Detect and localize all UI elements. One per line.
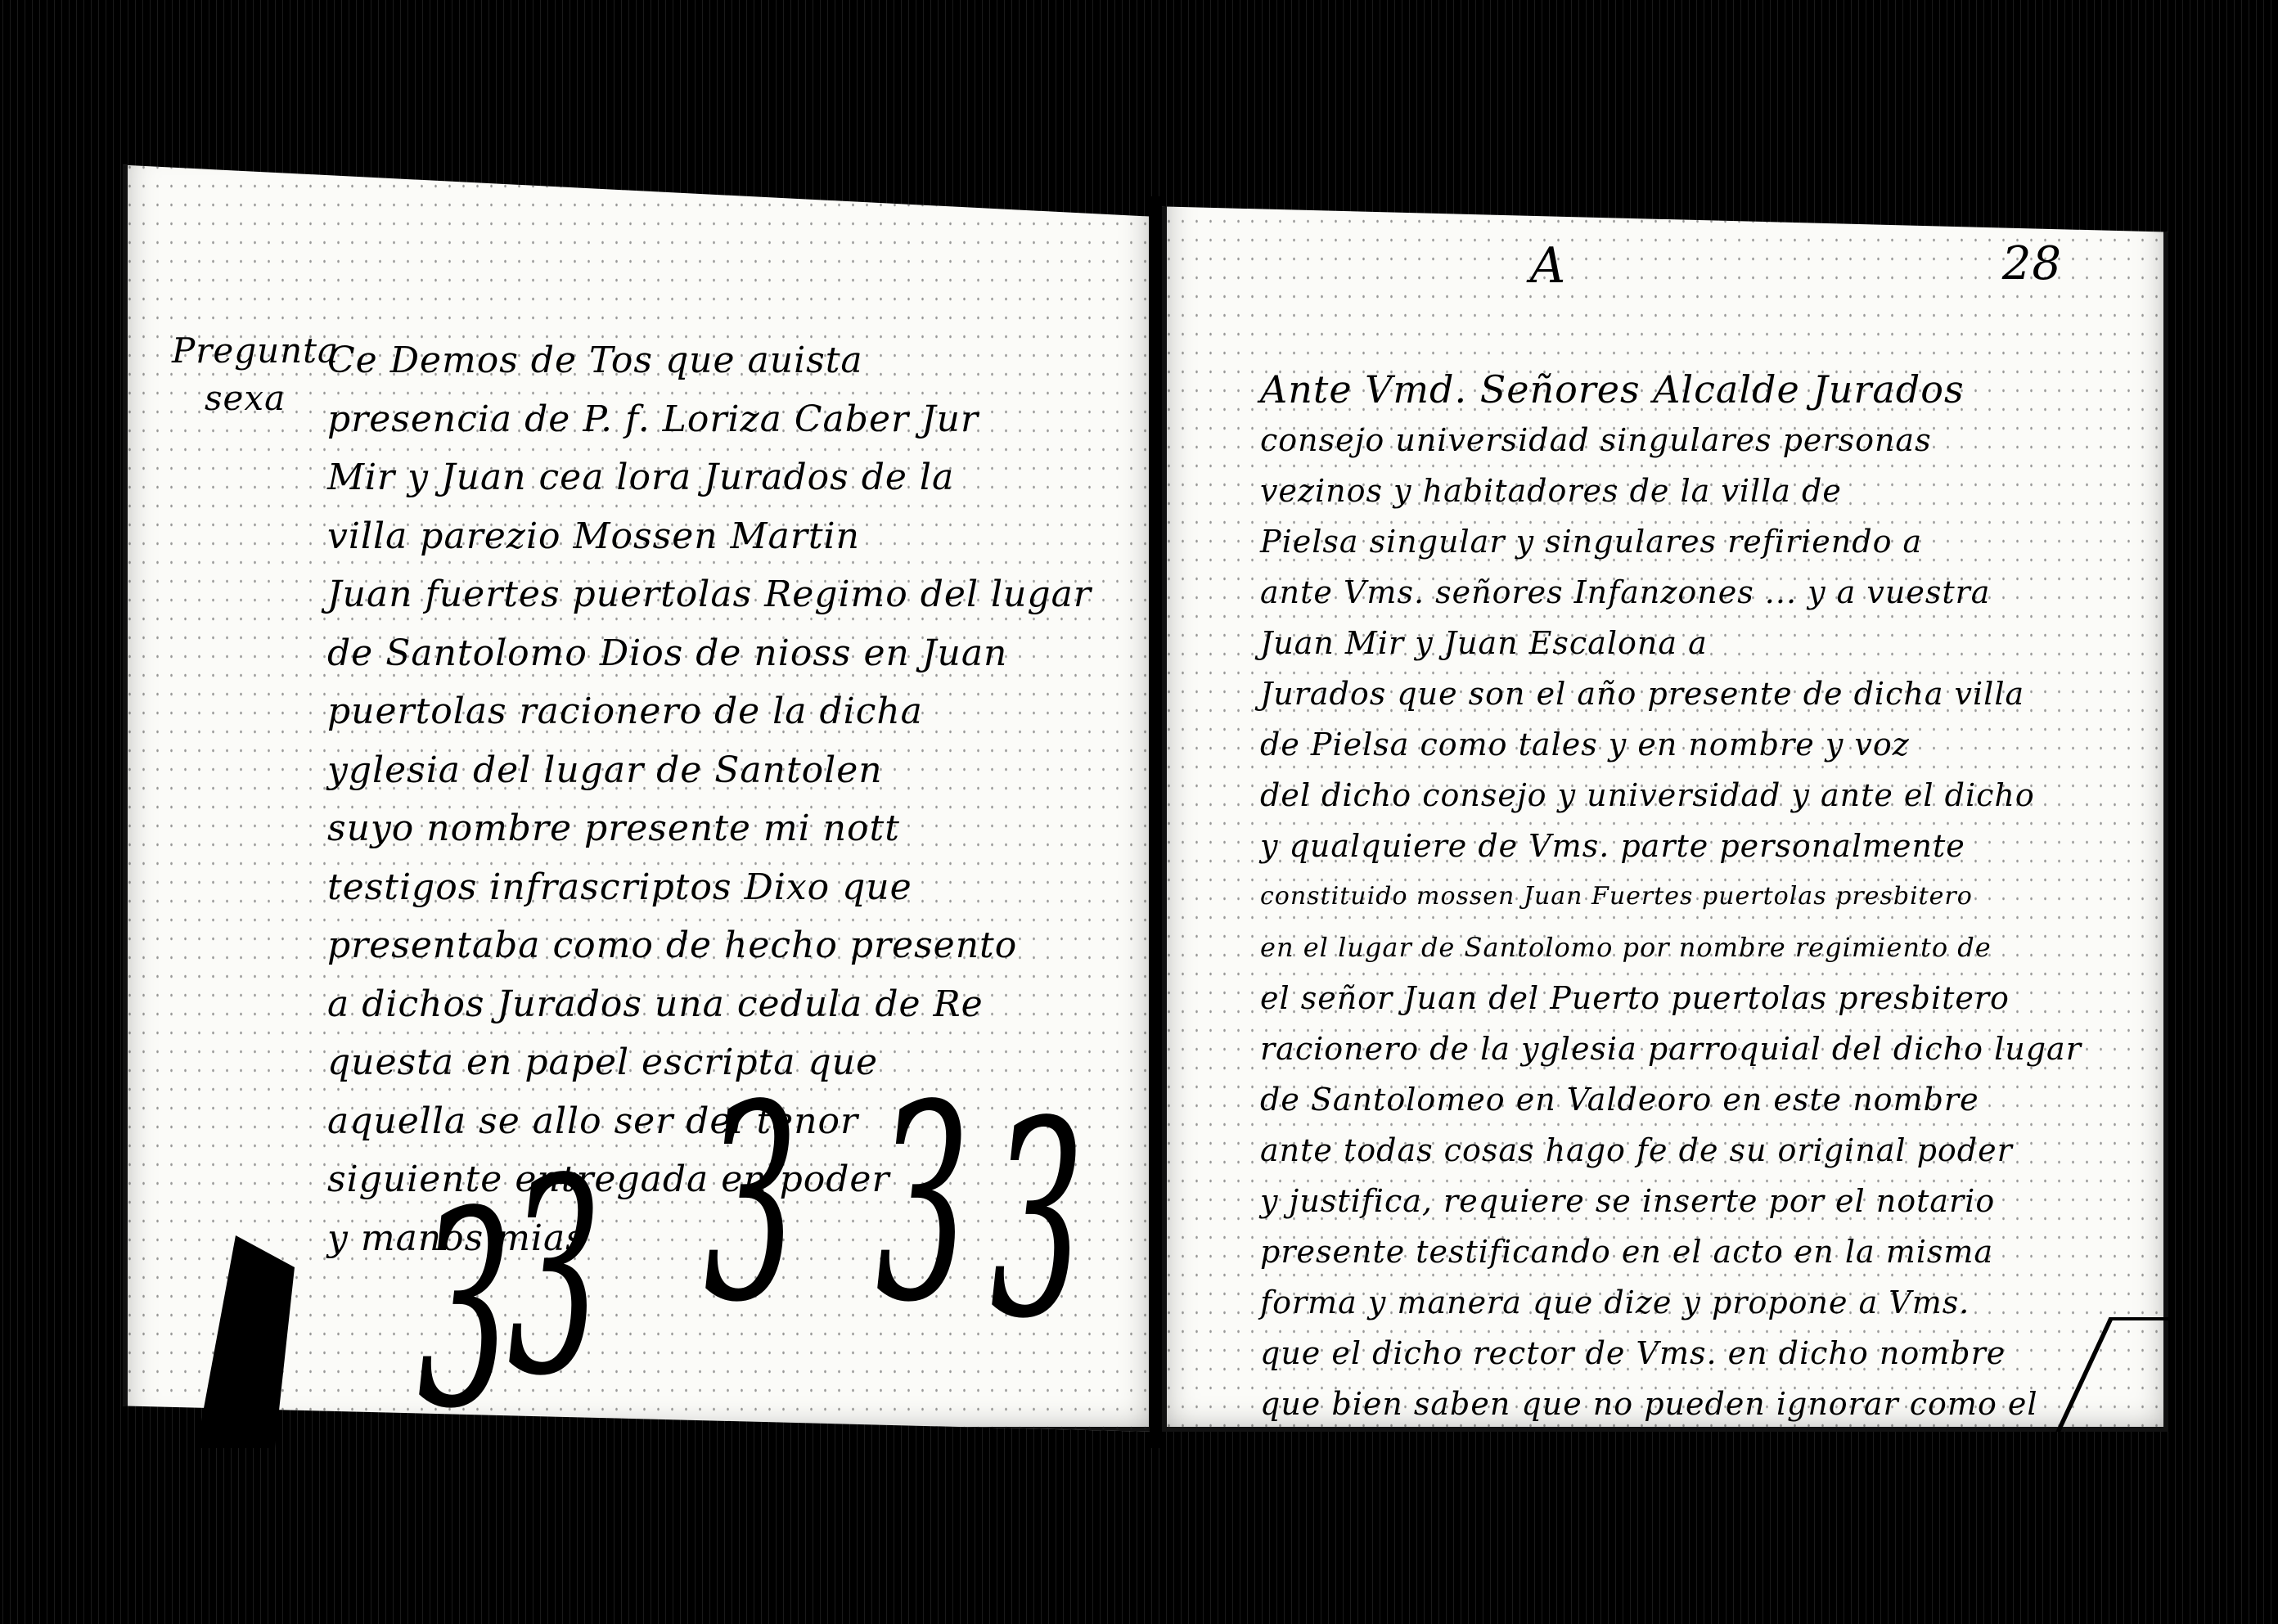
text-line: Pielsa singular y singulares refiriendo … — [1260, 516, 2082, 567]
text-line: de Santolomo Dios de nioss en Juan — [327, 624, 1092, 683]
text-line: del dicho consejo y universidad y ante e… — [1260, 770, 2082, 821]
text-line: forma y manera que dize y propone a Vms. — [1260, 1277, 2082, 1328]
numeral: 3 — [417, 1154, 511, 1468]
large-numerals: 3 3 3 3 3 — [417, 1121, 1088, 1464]
numeral: 3 — [876, 1047, 970, 1361]
text-line: el señor Juan del Puerto puertolas presb… — [1260, 973, 2082, 1023]
text-line: yglesia del lugar de Santolen — [327, 741, 1092, 800]
numeral: 3 — [507, 1121, 601, 1435]
text-line: de Santolomeo en Valdeoro en este nombre — [1260, 1074, 2082, 1125]
numeral: 3 — [990, 1064, 1084, 1378]
binding-gutter — [1150, 196, 1161, 1448]
margin-note-line: sexa — [172, 375, 339, 422]
text-line: y justifica, requiere se inserte por el … — [1260, 1176, 2082, 1226]
text-line: consejo universidad singulares personas — [1260, 415, 2082, 466]
text-line: villa parezio Mossen Martin — [327, 507, 1092, 566]
manuscript-spread: Pregunta sexa Ce Demos de Tos que auista… — [123, 106, 2168, 1497]
text-line: Jurados que son el año presente de dicha… — [1260, 668, 2082, 719]
text-line: Ce Demos de Tos que auista — [327, 331, 1092, 390]
text-line: ante Vms. señores Infanzones ... y a vue… — [1260, 567, 2082, 618]
text-line: constituido mossen Juan Fuertes puertola… — [1260, 871, 2082, 922]
folio-number: 28 — [2002, 237, 2062, 290]
text-line: Mir y Juan cea lora Jurados de la — [327, 448, 1092, 507]
text-line: presente testificando en el acto en la m… — [1260, 1226, 2082, 1277]
text-line: Juan Mir y Juan Escalona a — [1260, 618, 2082, 668]
text-line: presencia de P. f. Loriza Caber Jur — [327, 390, 1092, 449]
text-line: que bien saben que no pueden ignorar com… — [1260, 1379, 2082, 1429]
margin-note: Pregunta sexa — [172, 327, 339, 422]
text-line: testigos infrascriptos Dixo que — [327, 858, 1092, 917]
text-line: y qualquiere de Vms. parte personalmente — [1260, 821, 2082, 871]
left-page: Pregunta sexa Ce Demos de Tos que auista… — [123, 139, 1154, 1432]
margin-note-line: Pregunta — [172, 327, 339, 375]
text-line: suyo nombre presente mi nott — [327, 799, 1092, 858]
text-line: vezinos y habitadores de la villa de — [1260, 466, 2082, 516]
numeral: 3 — [704, 1047, 798, 1361]
text-line: Juan fuertes puertolas Regimo del lugar — [327, 565, 1092, 624]
text-line: puertolas racionero de la dicha — [327, 682, 1092, 741]
right-page-text: Ante Vmd. Señores Alcalde Jurados consej… — [1260, 364, 2082, 1429]
top-mark: A — [1530, 237, 1566, 295]
text-line: a dichos Jurados una cedula de Re — [327, 975, 1092, 1034]
text-line: de Pielsa como tales y en nombre y voz — [1260, 719, 2082, 770]
text-line: ante todas cosas hago fe de su original … — [1260, 1125, 2082, 1176]
text-line: Ante Vmd. Señores Alcalde Jurados — [1260, 364, 2082, 415]
text-line: que el dicho rector de Vms. en dicho nom… — [1260, 1328, 2082, 1379]
right-page: A 28 Ante Vmd. Señores Alcalde Jurados c… — [1162, 155, 2168, 1432]
text-line: presentaba como de hecho presento — [327, 916, 1092, 975]
text-line: en el lugar de Santolomo por nombre regi… — [1260, 922, 2082, 973]
text-line: racionero de la yglesia parroquial del d… — [1260, 1023, 2082, 1074]
